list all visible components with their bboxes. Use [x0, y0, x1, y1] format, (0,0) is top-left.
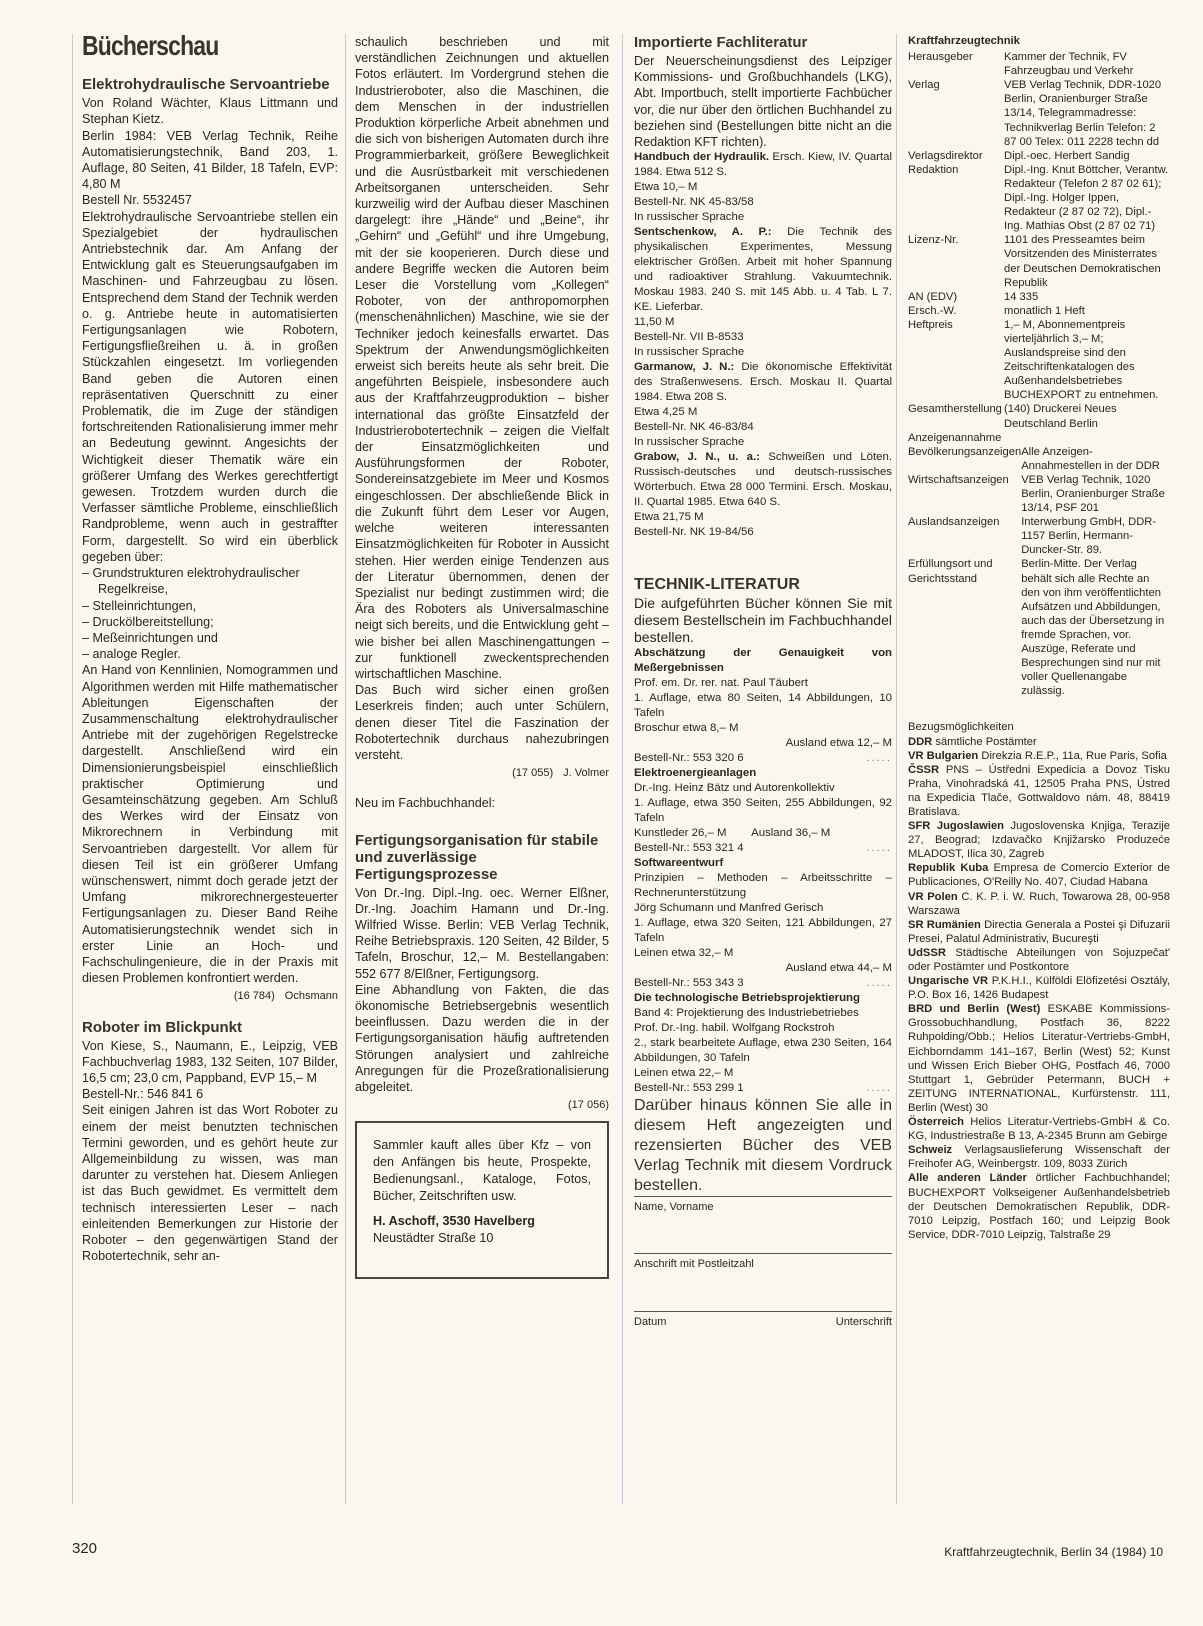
book-order-number: Bestell-Nr.: 553 299 1: [634, 1082, 744, 1094]
book-line: Prinzipien – Methoden – Arbeitsschritte …: [634, 871, 892, 901]
supply-item: VR Bulgarien Direkzia R.E.P., 11a, Rue P…: [908, 749, 1170, 763]
imprint-key: Verlag: [908, 78, 1004, 148]
supply-item: DDR sämtliche Postämter: [908, 735, 1170, 749]
imprint-key: Lizenz-Nr.: [908, 233, 1004, 289]
list-item: Meßeinrichtungen und: [82, 630, 338, 646]
supply-address: Direkzia R.E.P., 11a, Rue Paris, Sofia: [978, 750, 1167, 762]
imprint-row: WirtschaftsanzeigenVEB Verlag Technik, 1…: [908, 473, 1170, 515]
book-foreign-price: Ausland etwa 44,– M: [634, 961, 892, 976]
review-body: Elektrohydraulische Servoantriebe stelle…: [82, 209, 338, 565]
book-price: Etwa 21,75 M: [634, 510, 892, 525]
technik-intro: Die aufgeführten Bücher können Sie mit d…: [634, 595, 892, 646]
imported-book-list: Handbuch der Hydraulik. Ersch. Kiew, IV.…: [634, 150, 892, 540]
imprint-key: Bevölkerungsanzeigen: [908, 445, 1021, 473]
imprint-value: Kammer der Technik, FV Fahrzeugbau und V…: [1004, 50, 1170, 78]
supply-country: BRD und Berlin (West): [908, 1003, 1040, 1015]
date-signature-field[interactable]: Datum Unterschrift: [634, 1311, 892, 1330]
ad-name: H. Aschoff, 3530 Havelberg: [373, 1213, 591, 1230]
imprint-value: Interwerbung GmbH, DDR-1157 Berlin, Herm…: [1021, 515, 1170, 557]
book-line: 2., stark bearbeitete Auflage, etwa 230 …: [634, 1036, 892, 1066]
supply-address: Städtische Abteilungen von Sojuzpečat' o…: [908, 947, 1170, 973]
review-servoantriebe: Elektrohydraulische Servoantriebe Von Ro…: [82, 76, 338, 1004]
supply-country: DDR: [908, 736, 932, 748]
imprint-value: VEB Verlag Technik, DDR-1020 Berlin, Ora…: [1004, 78, 1170, 148]
book-line: 1. Auflage, etwa 80 Seiten, 14 Abbildung…: [634, 691, 892, 721]
book-desc: Die Technik des physikalischen Experimen…: [634, 226, 892, 313]
review-body: Eine Abhandlung von Fakten, die das ökon…: [355, 982, 609, 1095]
imported-book: Grabow, J. N., u. a.: Schweißen und Löte…: [634, 450, 892, 540]
book-title: Elektroenergieanlagen: [634, 767, 756, 779]
book-title: Die technologische Betriebsprojektierung: [634, 992, 860, 1004]
date-label: Datum: [634, 1314, 666, 1330]
imprint-key: Heftpreis: [908, 318, 1004, 403]
review-ref: (17 056): [355, 1097, 609, 1113]
imprint-row: Gesamtherstellung(140) Druckerei Neues D…: [908, 402, 1170, 430]
imprint-title: Kraftfahrzeugtechnik: [908, 34, 1170, 48]
order-form-note: Darüber hinaus können Sie alle in diesem…: [634, 1096, 892, 1196]
supply-address: ESKABE Kommissions-Grossobuchhandlung, P…: [908, 1003, 1170, 1114]
book-order-number: Bestell-Nr. NK 45-83/58: [634, 195, 892, 210]
imported-title: Importierte Fachliteratur: [634, 34, 892, 51]
imprint-key: Redaktion: [908, 163, 1004, 233]
book-line: Leinen etwa 32,– M: [634, 946, 892, 961]
list-item: analoge Regler.: [82, 646, 338, 662]
book-line: 1. Auflage, etwa 320 Seiten, 121 Abbildu…: [634, 916, 892, 946]
page-number: 320: [72, 1540, 97, 1557]
book-line: Broschur etwa 8,– M: [634, 721, 892, 736]
supply-country: SR Rumänien: [908, 919, 981, 931]
supply-country: Alle anderen Länder: [908, 1172, 1027, 1184]
ads-table: BevölkerungsanzeigenAlle Anzeigen-Annahm…: [908, 445, 1170, 699]
review-roboter: Roboter im Blickpunkt Von Kiese, S., Nau…: [82, 1019, 338, 1265]
imprint-row: Erfüllungsort und GerichtsstandBerlin-Mi…: [908, 557, 1170, 698]
imprint-value: 14 335: [1004, 290, 1170, 304]
supply-item: SFR Jugoslawien Jugoslovenska Knjiga, Te…: [908, 819, 1170, 861]
classified-ad: Sammler kauft alles über Kfz – von den A…: [355, 1121, 609, 1279]
book-line: 1. Auflage, etwa 350 Seiten, 255 Abbildu…: [634, 796, 892, 826]
supply-item: VR Polen C. K. P. i. W. Ruch, Towarowa 2…: [908, 890, 1170, 918]
imprint-key: Ersch.-W.: [908, 304, 1004, 318]
book-title: Abschätzung der Genauigkeit von Meßergeb…: [634, 647, 892, 674]
ad-text: Sammler kauft alles über Kfz – von den A…: [373, 1137, 591, 1205]
book-order-number: Bestell-Nr.: 553 343 3: [634, 977, 744, 989]
imprint-value: Dipl.-Ing. Knut Böttcher, Verantw. Redak…: [1004, 163, 1170, 233]
supply-country: VR Polen: [908, 891, 958, 903]
supply-country: UdSSR: [908, 947, 946, 959]
technik-literatur-title: TECHNIK-LITERATUR: [634, 576, 892, 593]
review-authors: Von Roland Wächter, Klaus Littmann und S…: [82, 95, 338, 127]
review-signature: (16 784)Ochsmann: [82, 988, 338, 1004]
book-line: Jörg Schumann und Manfred Gerisch: [634, 901, 892, 916]
book-title: Handbuch der Hydraulik.: [634, 151, 769, 163]
imprint-key: Wirtschaftsanzeigen: [908, 473, 1021, 515]
imprint-row: VerlagVEB Verlag Technik, DDR-1020 Berli…: [908, 78, 1170, 148]
imprint-value: VEB Verlag Technik, 1020 Berlin, Oranien…: [1021, 473, 1170, 515]
supply-country: VR Bulgarien: [908, 750, 978, 762]
imprint-row: Lizenz-Nr.1101 des Presseamtes beim Vors…: [908, 233, 1170, 289]
supply-item: ČSSR PNS – Ústředni Expedicia a Dovoz Ti…: [908, 763, 1170, 819]
order-form-books: Abschätzung der Genauigkeit von Meßergeb…: [634, 646, 892, 1096]
supply-country: Schweiz: [908, 1144, 952, 1156]
book-language: In russischer Sprache: [634, 435, 892, 450]
book-line: Prof. em. Dr. rer. nat. Paul Täubert: [634, 676, 892, 691]
list-item: Grundstrukturen elektrohydraulischer Reg…: [82, 565, 338, 597]
reviewer-name: Ochsmann: [285, 990, 338, 1002]
review-signature: (17 055)J. Volmer: [355, 765, 609, 781]
supply-list: DDR sämtliche Postämter VR Bulgarien Dir…: [908, 735, 1170, 1242]
order-book: Abschätzung der Genauigkeit von Meßergeb…: [634, 646, 892, 766]
book-line: Prof. Dr.-Ing. habil. Wolfgang Rockstroh: [634, 1021, 892, 1036]
review-ref: (16 784): [234, 990, 275, 1002]
supply-country: Ungarische VR: [908, 975, 988, 987]
quantity-blank[interactable]: .....: [866, 751, 892, 766]
supply-country: Republik Kuba: [908, 862, 988, 874]
supply-item: Ungarische VR P.K.H.I., Külföldi Elöfize…: [908, 974, 1170, 1002]
book-order-number: Bestell-Nr.: 553 320 6: [634, 752, 744, 764]
imprint-row: Ersch.-W.monatlich 1 Heft: [908, 304, 1170, 318]
order-line[interactable]: Bestell-Nr.: 553 320 6.....: [634, 751, 892, 766]
imprint-value: 1101 des Presseamtes beim Vorsitzenden d…: [1004, 233, 1170, 289]
imported-intro: Der Neuerscheinungsdienst des Leipziger …: [634, 53, 892, 150]
imprint-key: Auslandsanzeigen: [908, 515, 1021, 557]
ad-address: Neustädter Straße 10: [373, 1230, 591, 1247]
review-fertigungsorganisation: Fertigungsorganisation für stabile und z…: [355, 832, 609, 1114]
imprint-row: Heftpreis1,– M, Abonnementpreis viertelj…: [908, 318, 1170, 403]
imprint-row: VerlagsdirektorDipl.-oec. Herbert Sandig: [908, 149, 1170, 163]
quantity-blank[interactable]: .....: [866, 1081, 892, 1096]
book-language: In russischer Sprache: [634, 345, 892, 360]
name-field[interactable]: Name, Vorname: [634, 1196, 892, 1215]
review-publication: Von Dr.-Ing. Dipl.-Ing. oec. Werner Elßn…: [355, 885, 609, 982]
supply-country: SFR Jugoslawien: [908, 820, 1004, 832]
imprint-key: Gesamtherstellung: [908, 402, 1004, 430]
book-title: Garmanow, J. N.:: [634, 361, 734, 373]
supply-item: UdSSR Städtische Abteilungen von Sojuzpe…: [908, 946, 1170, 974]
ads-title: Anzeigenannahme: [908, 431, 1170, 445]
imprint-row: BevölkerungsanzeigenAlle Anzeigen-Annahm…: [908, 445, 1170, 473]
column-rule: [622, 34, 623, 1504]
order-line[interactable]: Bestell-Nr.: 553 299 1.....: [634, 1081, 892, 1096]
address-field[interactable]: Anschrift mit Postleitzahl: [634, 1253, 892, 1272]
book-line: Leinen etwa 22,– M: [634, 1066, 892, 1081]
book-order-number: Bestell-Nr. VII B-8533: [634, 330, 892, 345]
order-book: Elektroenergieanlagen Dr.-Ing. Heinz Bät…: [634, 766, 892, 856]
book-price: 11,50 M: [634, 315, 892, 330]
imprint-key: AN (EDV): [908, 290, 1004, 304]
review-title: Elektrohydraulische Servoantriebe: [82, 76, 338, 93]
imprint-value: (140) Druckerei Neues Deutschland Berlin: [1004, 402, 1170, 430]
order-line[interactable]: Bestell-Nr.: 553 321 4.....: [634, 841, 892, 856]
supply-country: ČSSR: [908, 764, 939, 776]
imprint-value: Berlin-Mitte. Der Verlag behält sich all…: [1021, 557, 1170, 698]
column-rule: [896, 34, 897, 1504]
review-body: Das Buch wird sicher einen großen Leserk…: [355, 682, 609, 763]
review-order-number: Bestell Nr. 5532457: [82, 192, 338, 208]
review-ref: (17 055): [512, 767, 553, 779]
reviewer-name: J. Volmer: [563, 767, 609, 779]
book-line: Band 4: Projektierung des Industriebetri…: [634, 1006, 892, 1021]
list-item: Druckölbereitstellung;: [82, 614, 338, 630]
book-line: Dr.-Ing. Heinz Bätz und Autorenkollektiv: [634, 781, 892, 796]
column-2: schaulich beschrieben und mit verständli…: [355, 34, 609, 1279]
supply-item: SR Rumänien Directia Generala a Postei ş…: [908, 918, 1170, 946]
order-line[interactable]: Bestell-Nr.: 553 343 3.....: [634, 976, 892, 991]
column-4-imprint: Kraftfahrzeugtechnik HerausgeberKammer d…: [908, 34, 1170, 1242]
imprint-row: HerausgeberKammer der Technik, FV Fahrze…: [908, 50, 1170, 78]
section-title: Bücherschau: [82, 38, 292, 54]
book-title: Grabow, J. N., u. a.:: [634, 451, 760, 463]
imprint-key: Herausgeber: [908, 50, 1004, 78]
review-title: Roboter im Blickpunkt: [82, 1019, 338, 1036]
book-order-number: Bestell-Nr.: 553 321 4: [634, 842, 744, 854]
supply-title: Bezugsmöglichkeiten: [908, 720, 1170, 734]
imported-book: Sentschenkow, A. P.: Die Technik des phy…: [634, 225, 892, 360]
review-body-continued: schaulich beschrieben und mit verständli…: [355, 34, 609, 682]
new-in-stores-label: Neu im Fachbuchhandel:: [355, 795, 609, 811]
book-price: Etwa 10,– M: [634, 180, 892, 195]
supply-address: PNS – Ústředni Expedicia a Dovoz Tisku P…: [908, 764, 1170, 818]
imprint-value: Alle Anzeigen-Annahmestellen in der DDR: [1021, 445, 1170, 473]
book-language: In russischer Sprache: [634, 210, 892, 225]
imported-book: Handbuch der Hydraulik. Ersch. Kiew, IV.…: [634, 150, 892, 225]
supply-country: Österreich: [908, 1116, 964, 1128]
journal-citation: Kraftfahrzeugtechnik, Berlin 34 (1984) 1…: [944, 1545, 1163, 1559]
supply-address: sämtliche Postämter: [932, 736, 1036, 748]
imported-book: Garmanow, J. N.: Die ökonomische Effekti…: [634, 360, 892, 450]
order-book: Die technologische Betriebsprojektierung…: [634, 991, 892, 1096]
supply-item: Alle anderen Länder örtlicher Fachbuchha…: [908, 1171, 1170, 1241]
topic-list: Grundstrukturen elektrohydraulischer Reg…: [82, 565, 338, 662]
review-publication: Berlin 1984: VEB Verlag Technik, Reihe A…: [82, 128, 338, 193]
review-title: Fertigungsorganisation für stabile und z…: [355, 832, 609, 883]
imprint-row: RedaktionDipl.-Ing. Knut Böttcher, Veran…: [908, 163, 1170, 233]
column-1: Bücherschau Elektrohydraulische Servoant…: [82, 34, 338, 1264]
supply-item: Österreich Helios Literatur-Vertriebs-Gm…: [908, 1115, 1170, 1143]
book-title: Softwareentwurf: [634, 857, 723, 869]
quantity-blank[interactable]: .....: [866, 841, 892, 856]
book-line: Kunstleder 26,– M Ausland 36,– M: [634, 826, 892, 841]
quantity-blank[interactable]: .....: [866, 976, 892, 991]
imprint-value: Dipl.-oec. Herbert Sandig: [1004, 149, 1170, 163]
imprint-key: Verlagsdirektor: [908, 149, 1004, 163]
review-body: Seit einigen Jahren ist das Wort Roboter…: [82, 1102, 338, 1264]
column-3: Importierte Fachliteratur Der Neuerschei…: [634, 34, 892, 1368]
supply-item: Schweiz Verlagsauslieferung Wissenschaft…: [908, 1143, 1170, 1171]
column-rule: [345, 34, 346, 1504]
imprint-value: 1,– M, Abonnementpreis vierteljährlich 3…: [1004, 318, 1170, 403]
imprint-row: AuslandsanzeigenInterwerbung GmbH, DDR-1…: [908, 515, 1170, 557]
list-item: Stelleinrichtungen,: [82, 598, 338, 614]
review-order-number: Bestell-Nr.: 546 841 6: [82, 1086, 338, 1102]
book-foreign-price: Ausland etwa 12,– M: [634, 736, 892, 751]
supply-item: BRD und Berlin (West) ESKABE Kommissions…: [908, 1002, 1170, 1115]
imprint-table: HerausgeberKammer der Technik, FV Fahrze…: [908, 50, 1170, 431]
imprint-value: monatlich 1 Heft: [1004, 304, 1170, 318]
imprint-key: Erfüllungsort und Gerichtsstand: [908, 557, 1021, 698]
review-publication: Von Kiese, S., Naumann, E., Leipzig, VEB…: [82, 1038, 338, 1087]
book-price: Etwa 4,25 M: [634, 405, 892, 420]
supply-item: Republik Kuba Empresa de Comercio Exteri…: [908, 861, 1170, 889]
order-book: Softwareentwurf Prinzipien – Methoden – …: [634, 856, 892, 991]
signature-label: Unterschrift: [836, 1314, 892, 1330]
column-rule: [72, 34, 73, 1504]
imprint-row: AN (EDV)14 335: [908, 290, 1170, 304]
book-order-number: Bestell-Nr. NK 46-83/84: [634, 420, 892, 435]
book-title: Sentschenkow, A. P.:: [634, 226, 772, 238]
book-order-number: Bestell-Nr. NK 19-84/56: [634, 525, 892, 540]
review-body: An Hand von Kennlinien, Nomogrammen und …: [82, 662, 338, 986]
